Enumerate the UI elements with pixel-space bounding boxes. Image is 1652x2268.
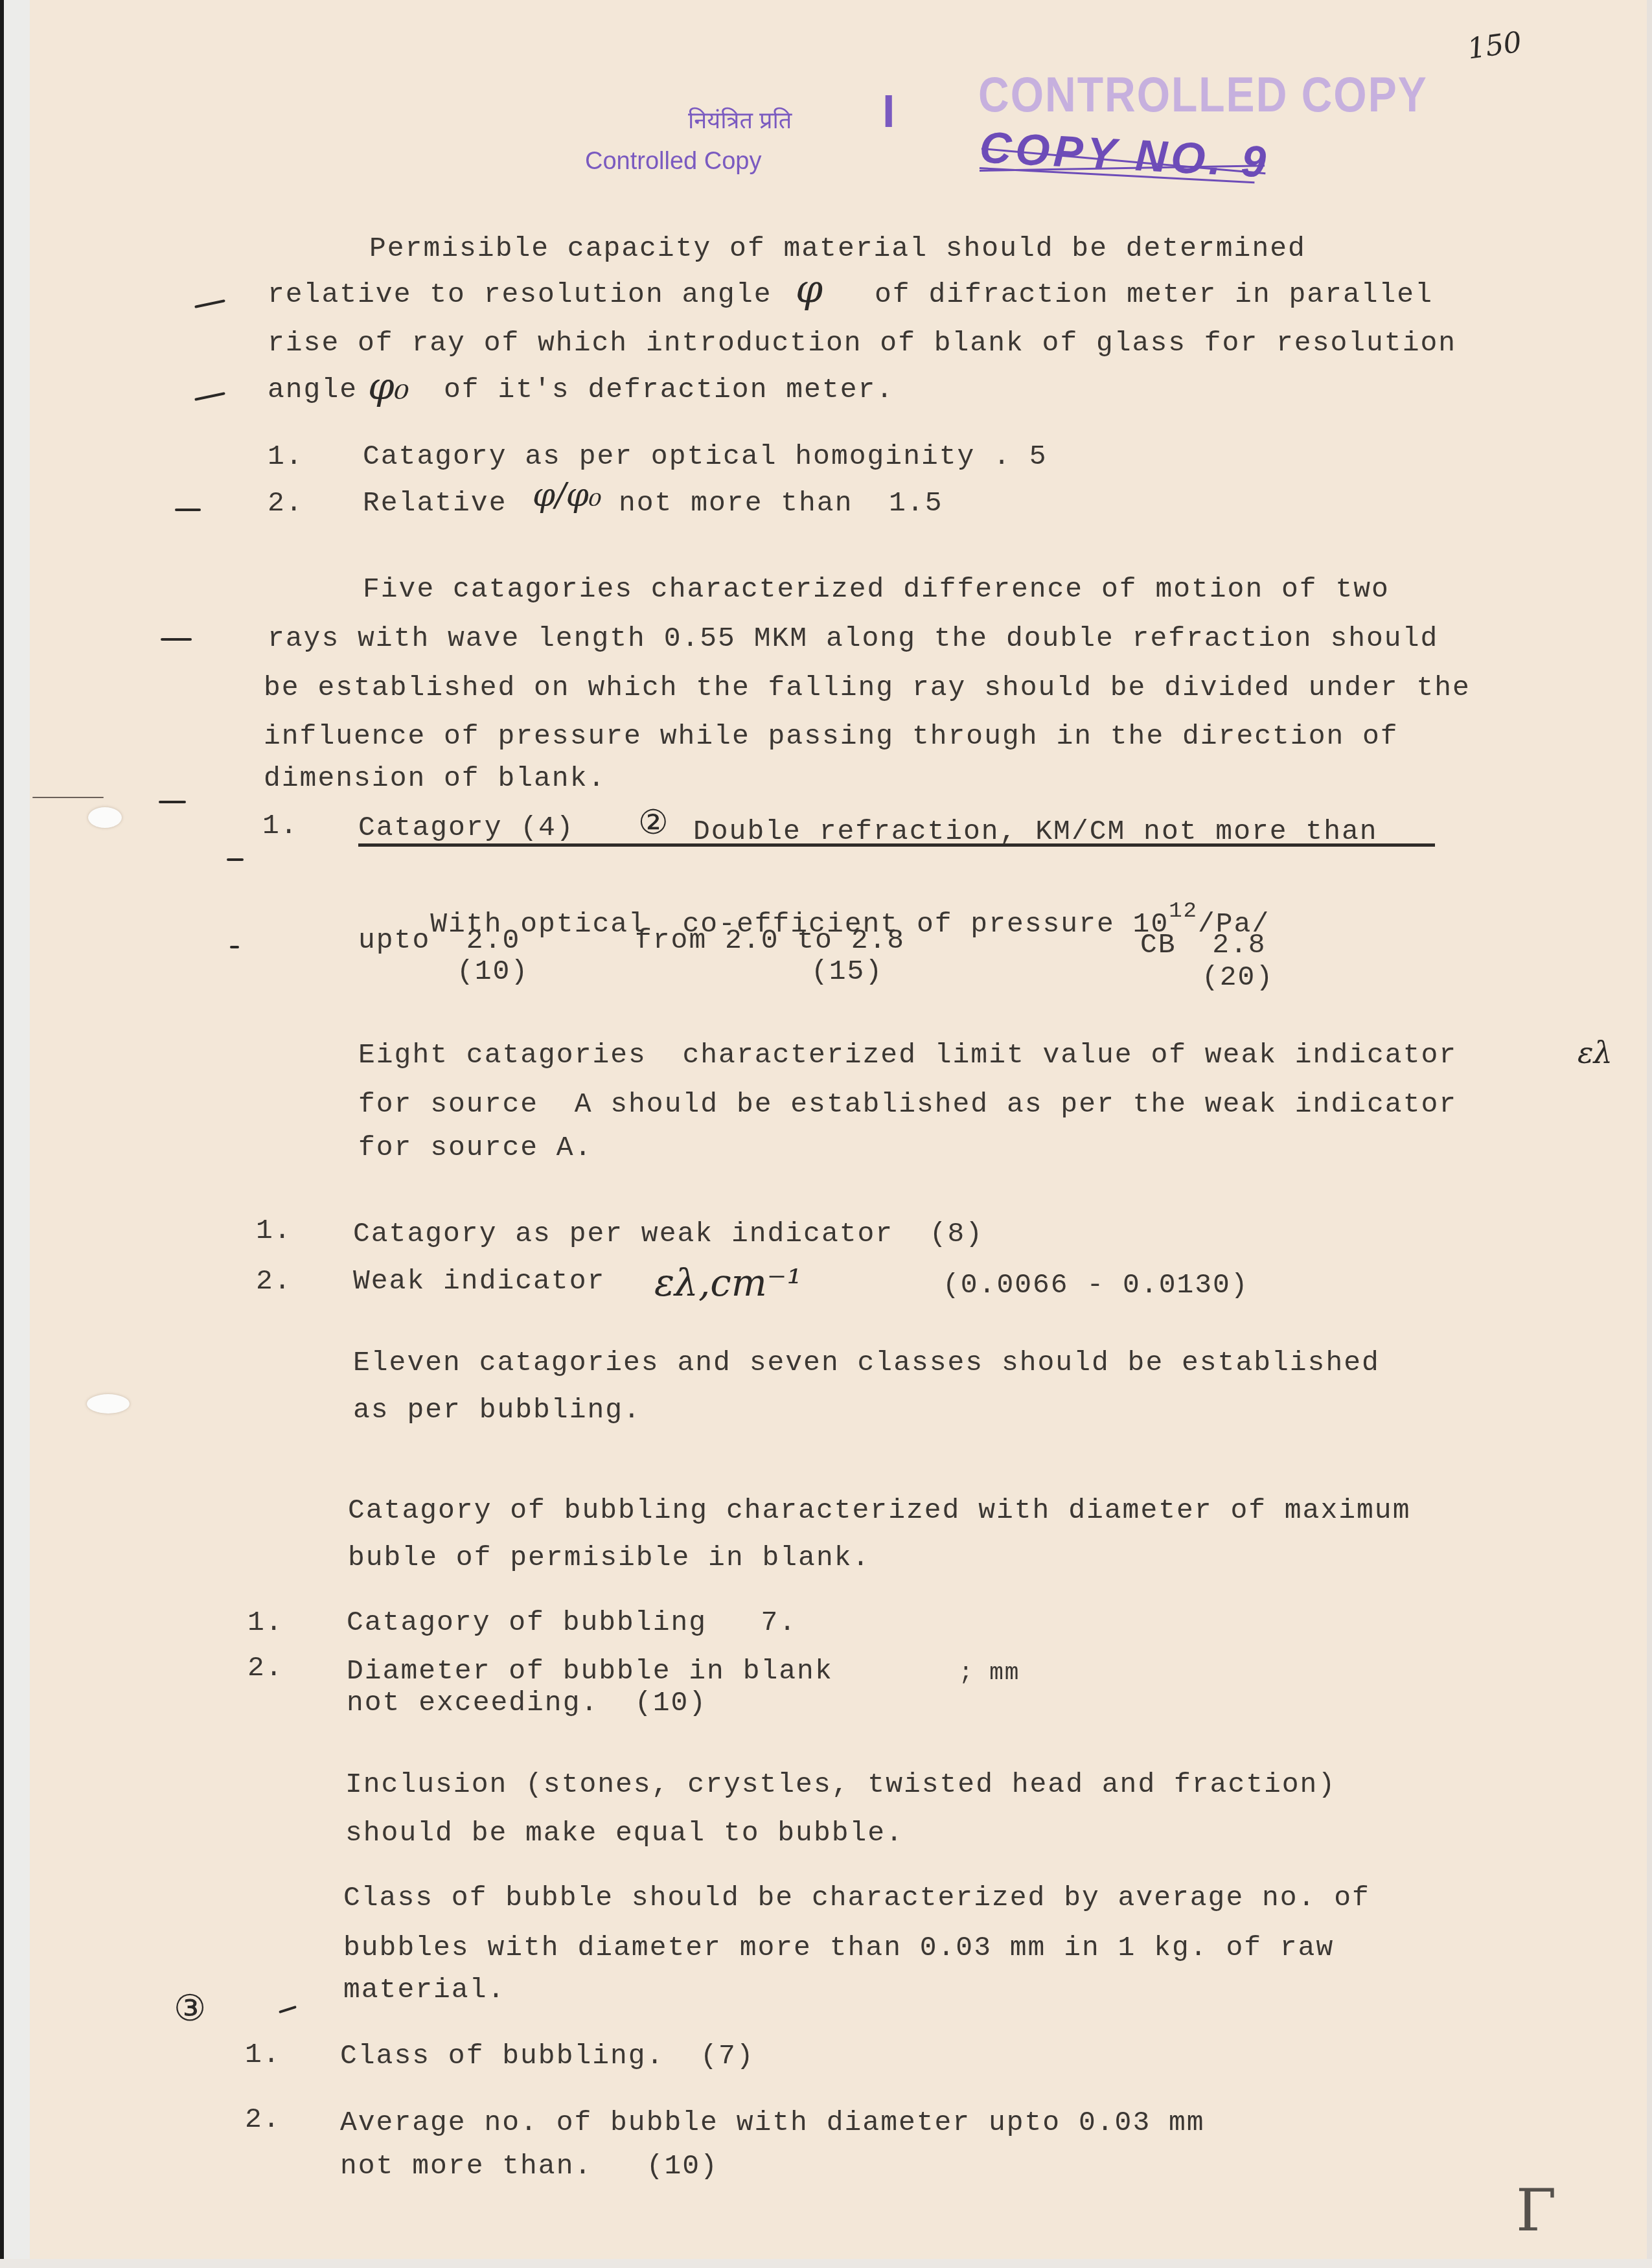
list-item-text: Relative — [363, 489, 507, 517]
margin-tick — [159, 801, 186, 803]
list-number: 2. — [268, 489, 304, 517]
epsilon-lambda-symbol: ελ — [1577, 1035, 1612, 1070]
margin-tick — [194, 392, 225, 401]
list-item-text: Class of bubbling. (7) — [340, 2042, 755, 2070]
controlled-copy-caps-stamp: CONTROLLED COPY — [978, 66, 1428, 122]
phi0-symbol: φ₀ — [368, 364, 409, 408]
list-item-text: Catagory as per weak indicator (8) — [353, 1220, 983, 1248]
list-number: 1. — [247, 1609, 284, 1636]
para-line: Inclusion (stones, crystles, twisted hea… — [345, 1770, 1336, 1798]
value-col-1: (10) — [457, 957, 529, 985]
circled-number-mark: ② — [638, 803, 669, 842]
list-item-text: Diameter of bubble in blank — [347, 1657, 833, 1685]
list-number: 1. — [262, 812, 299, 840]
margin-tick — [175, 509, 201, 511]
para-line: rays with wave length 0.55 MKM along the… — [268, 624, 1438, 652]
category-heading: Catagory (4) — [358, 814, 575, 842]
stamp-separator: I — [882, 86, 895, 137]
para-line: Catagory of bubbling characterized with … — [348, 1496, 1410, 1524]
copy-number-stamp: COPY NO. 9 — [978, 122, 1270, 187]
list-item-text: not more than 1.5 — [619, 489, 943, 517]
list-number: 2. — [245, 2105, 281, 2133]
para-line: as per bubbling. — [353, 1396, 641, 1424]
value-col-3: (20) — [1202, 963, 1274, 991]
para-line: be established on which the falling ray … — [264, 674, 1471, 702]
list-item-text: not exceeding. (10) — [347, 1689, 707, 1717]
weak-indicator-range: (0.0066 - 0.0130) — [943, 1271, 1249, 1299]
margin-tick — [227, 858, 244, 861]
punch-hole-top — [88, 807, 122, 828]
para-line: buble of permisible in blank. — [348, 1544, 870, 1572]
margin-circled-mark: ③ — [174, 1987, 206, 2030]
list-number: 2. — [256, 1267, 292, 1295]
para-line: should be make equal to bubble. — [345, 1819, 904, 1847]
range-col-3: CB 2.8 — [1140, 931, 1267, 959]
para-line: Class of bubble should be characterized … — [343, 1884, 1370, 1912]
unit-text: ; mm — [959, 1662, 1020, 1685]
scan-right-edge — [1647, 0, 1652, 2268]
para-line: Five catagories characterized difference… — [363, 575, 1390, 603]
intro-line-1: Permisible capacity of material should b… — [369, 235, 1306, 262]
para-line: material. — [343, 1976, 505, 2004]
intro-line-2b: of difraction meter in parallel — [875, 281, 1433, 308]
coefficient-exponent: 12 — [1169, 899, 1198, 924]
intro-line-4a: angle — [268, 376, 358, 404]
punch-hole-bottom — [87, 1394, 130, 1414]
list-item-text: Weak indicator — [353, 1267, 605, 1295]
corner-check-mark: Γ — [1516, 2177, 1556, 2245]
list-number: 1. — [256, 1217, 292, 1244]
range-col-2: from 2.0 to 2.8 — [635, 926, 905, 954]
range-col-1: upto 2.0 — [358, 926, 520, 954]
para-line: dimension of blank. — [264, 764, 606, 792]
phi-ratio-symbol: φ/φ₀ — [533, 476, 602, 514]
para-line: for source A should be established as pe… — [358, 1090, 1457, 1118]
para-line: Eleven catagories and seven classes shou… — [353, 1349, 1380, 1377]
hindi-stamp-label: नियंत्रित प्रति — [688, 104, 792, 135]
category-heading-rest: Double refraction, KM/CM not more than — [693, 818, 1378, 845]
value-col-2: (15) — [811, 957, 883, 985]
scan-bottom-edge — [0, 2259, 1652, 2268]
para-line: for source A. — [358, 1134, 592, 1162]
intro-line-2a: relative to resolution angle — [268, 281, 772, 308]
scan-left-strip — [4, 0, 30, 2268]
margin-tick — [279, 2006, 297, 2013]
intro-line-4b: of it's defraction meter. — [444, 376, 894, 404]
para-line: bubbles with diameter more than 0.03 mm … — [343, 1934, 1334, 1962]
margin-tick — [230, 946, 239, 948]
margin-tick — [194, 299, 225, 308]
list-item-text: Average no. of bubble with diameter upto… — [340, 2109, 1205, 2136]
list-item-text: not more than. (10) — [340, 2152, 718, 2180]
page-number: 150 — [1465, 25, 1524, 65]
list-item-text: Catagory of bubbling 7. — [347, 1609, 797, 1636]
epsilon-unit-symbol: ελ,cm⁻¹ — [654, 1261, 802, 1305]
margin-scribble — [32, 797, 104, 798]
heading-underline — [358, 843, 1435, 847]
list-number: 1. — [245, 2041, 281, 2068]
margin-tick — [161, 638, 192, 641]
intro-line-3: rise of ray of which introduction of bla… — [268, 329, 1456, 357]
para-line: influence of pressure while passing thro… — [264, 722, 1399, 750]
para-line: Eight catagories characterized limit val… — [358, 1041, 1457, 1069]
phi-symbol: φ — [796, 267, 823, 312]
list-number: 1. — [268, 442, 304, 470]
list-item-text: Catagory as per optical homoginity . 5 — [363, 442, 1048, 470]
controlled-copy-label: Controlled Copy — [585, 148, 761, 176]
list-number: 2. — [247, 1654, 284, 1682]
